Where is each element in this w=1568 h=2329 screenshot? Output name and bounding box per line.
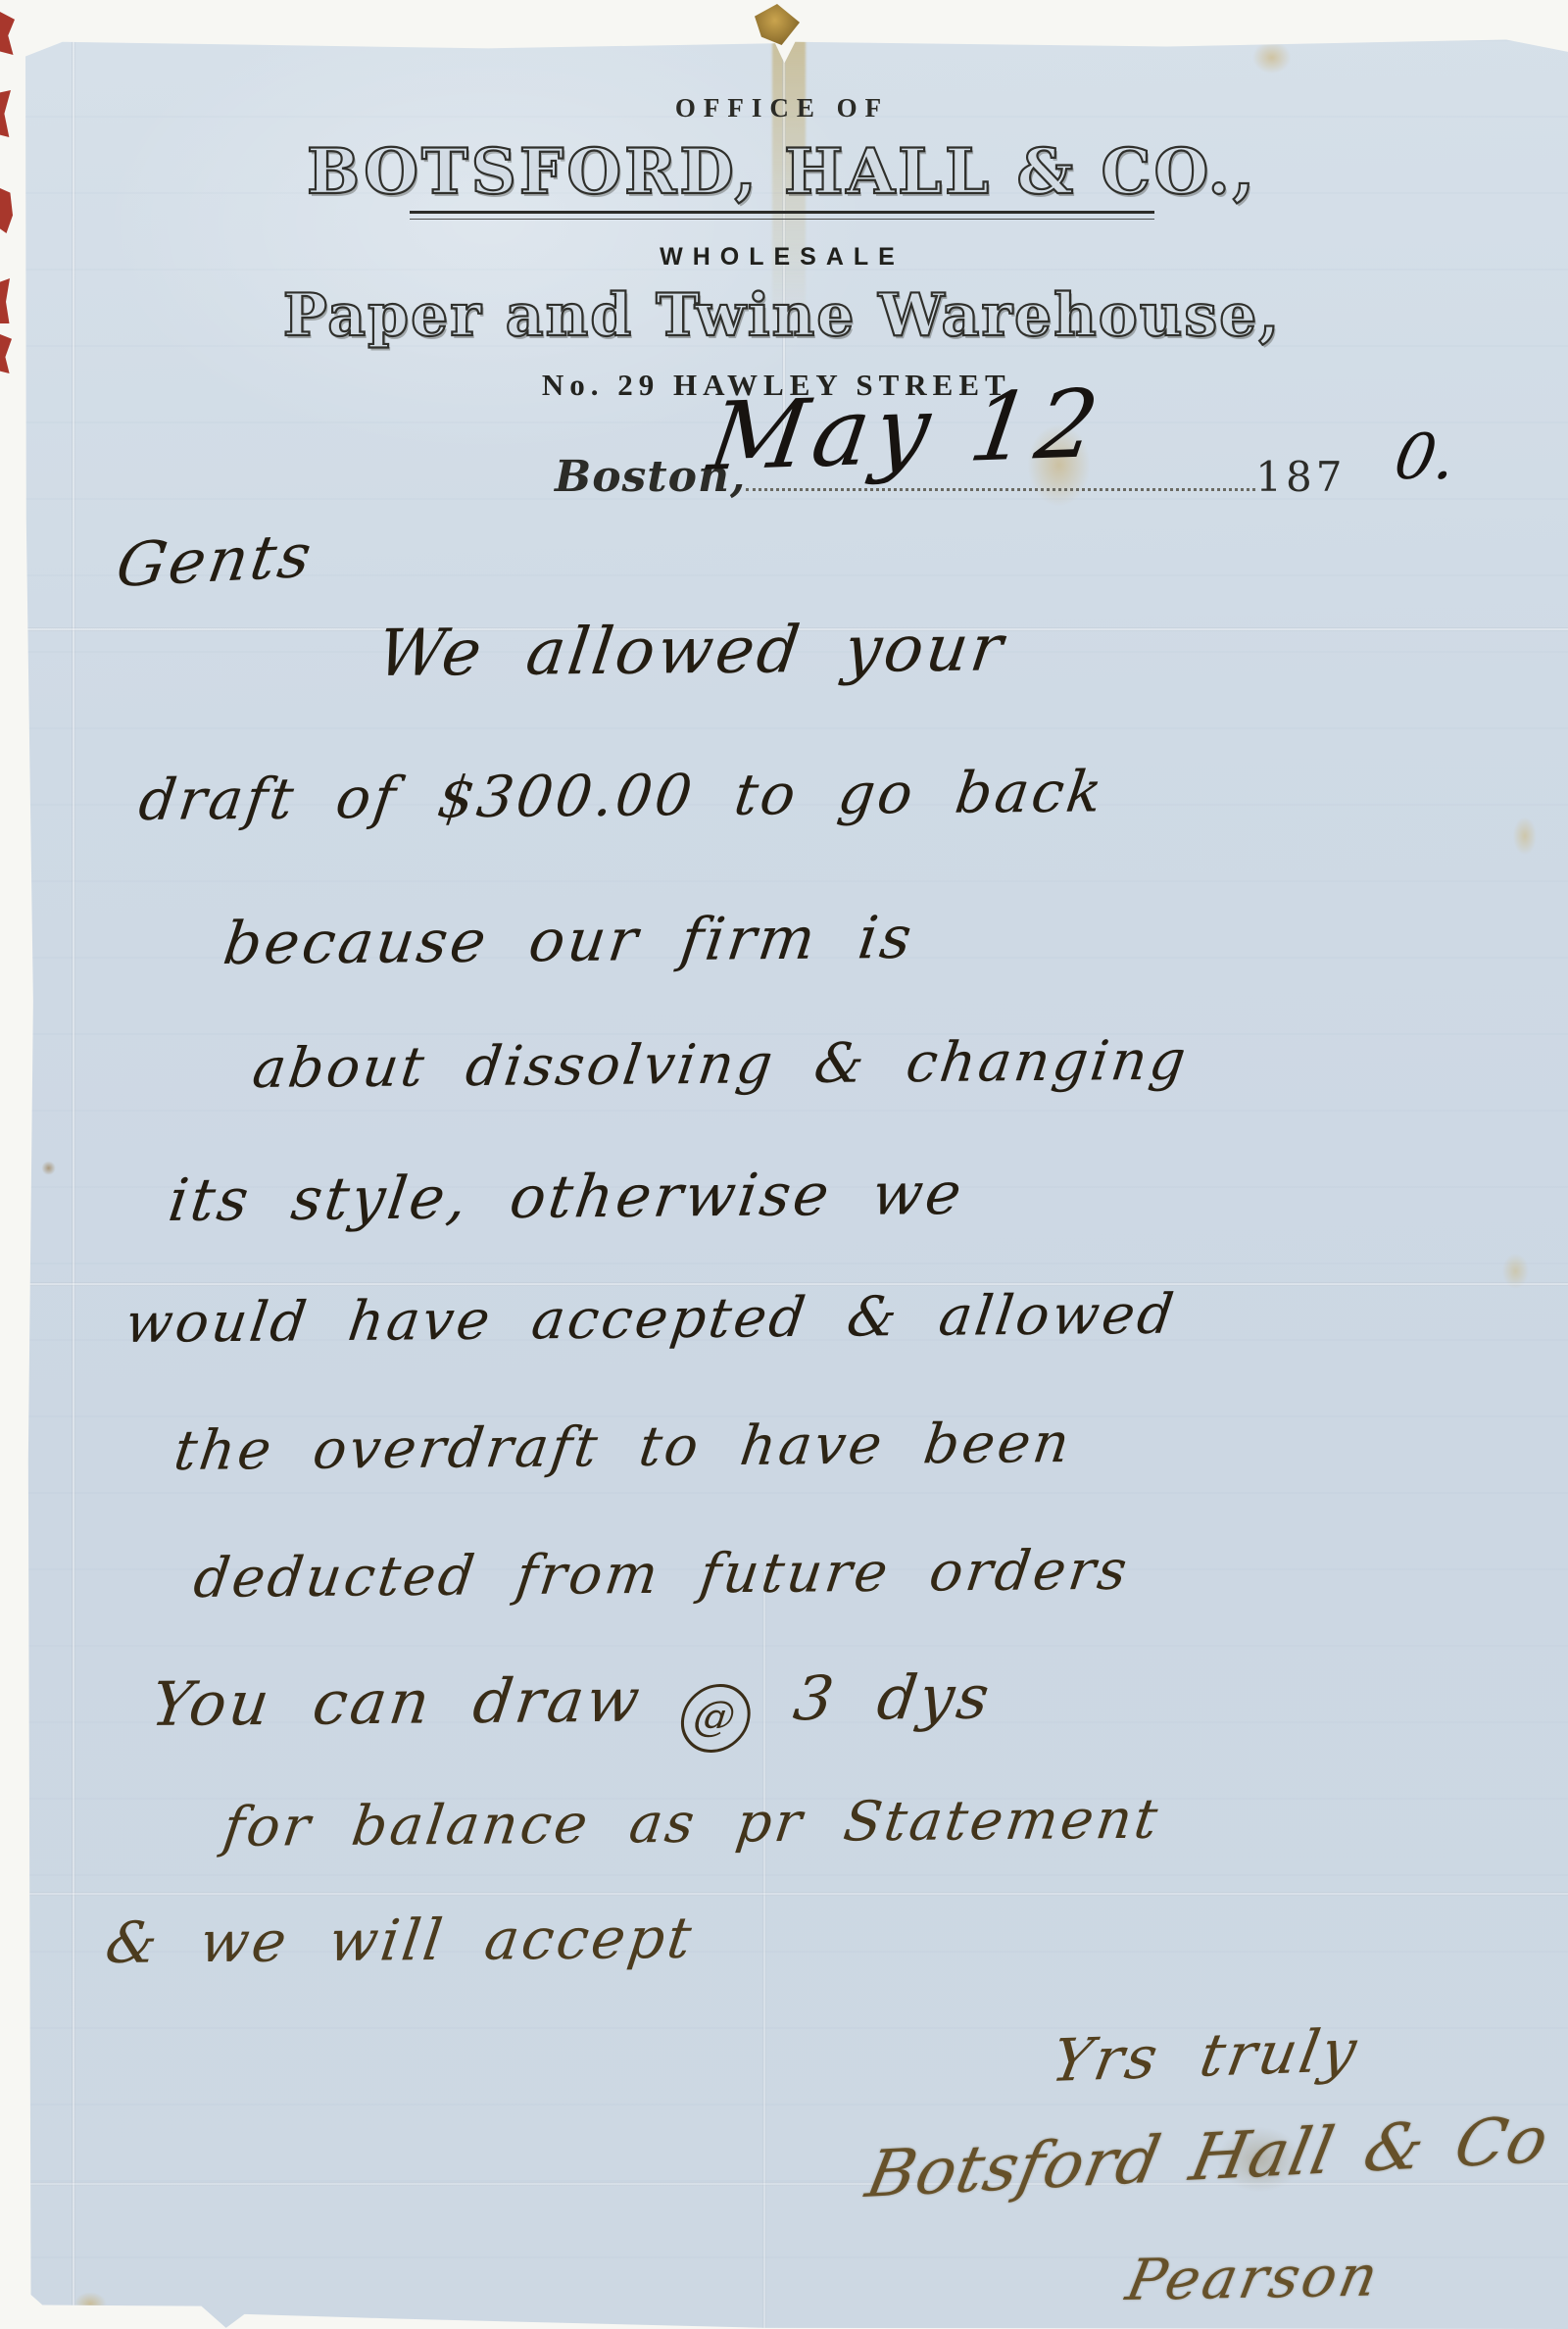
letterhead: OFFICE OF BOTSFORD, HALL & CO., WHOLESAL… (25, 93, 1539, 403)
letterhead-wholesale: WHOLESALE (25, 243, 1539, 272)
body-line: would have accepted & allowed (122, 1283, 1180, 1356)
body-line: about dissolving & changing (249, 1029, 1192, 1101)
red-edge-mark (0, 12, 15, 55)
printed-year-prefix: 187 (1255, 453, 1346, 501)
letterhead-rule (410, 211, 1154, 220)
body-line: We allowed your (373, 610, 1010, 691)
draw-line-post: 3 dys (790, 1661, 997, 1735)
gold-residue-spot (755, 4, 800, 45)
salutation: Gents (112, 520, 318, 601)
body-line: deducted from future orders (190, 1539, 1133, 1610)
letterhead-business-line: Paper and Twine Warehouse, (25, 281, 1539, 350)
body-line: draft of $300.00 to go back (135, 758, 1108, 833)
red-edge-mark (0, 188, 13, 233)
body-line: its style, otherwise we (165, 1160, 968, 1235)
handwritten-year-digit: 0. (1389, 421, 1461, 494)
date-line: Boston,187 May 12 0. (555, 449, 1346, 576)
draw-line-pre: You can draw (147, 1664, 646, 1740)
handwritten-date: May 12 (703, 369, 1110, 492)
letter-sheet: OFFICE OF BOTSFORD, HALL & CO., WHOLESAL… (25, 39, 1568, 2329)
body-line: for balance as pr Statement (220, 1788, 1164, 1859)
body-line-draw: You can draw @ 3 dys (145, 1661, 996, 1758)
letterhead-office-of: OFFICE OF (25, 93, 1539, 124)
body-line: & we will accept (102, 1905, 698, 1976)
red-edge-mark (0, 278, 10, 323)
letterhead-company-name: BOTSFORD, HALL & CO., (25, 135, 1539, 209)
body-line: the overdraft to have been (171, 1412, 1076, 1483)
circled-at-symbol: @ (677, 1684, 755, 1754)
closing: Yrs truly (1047, 2016, 1364, 2096)
body-line: because our firm is (220, 904, 918, 978)
red-edge-mark (0, 334, 12, 373)
signature-company: Botsford Hall & Co (860, 2102, 1555, 2212)
red-edge-mark (0, 90, 11, 137)
signature-signer: Pearson (1121, 2243, 1386, 2313)
fold-crease (25, 1892, 1568, 1896)
